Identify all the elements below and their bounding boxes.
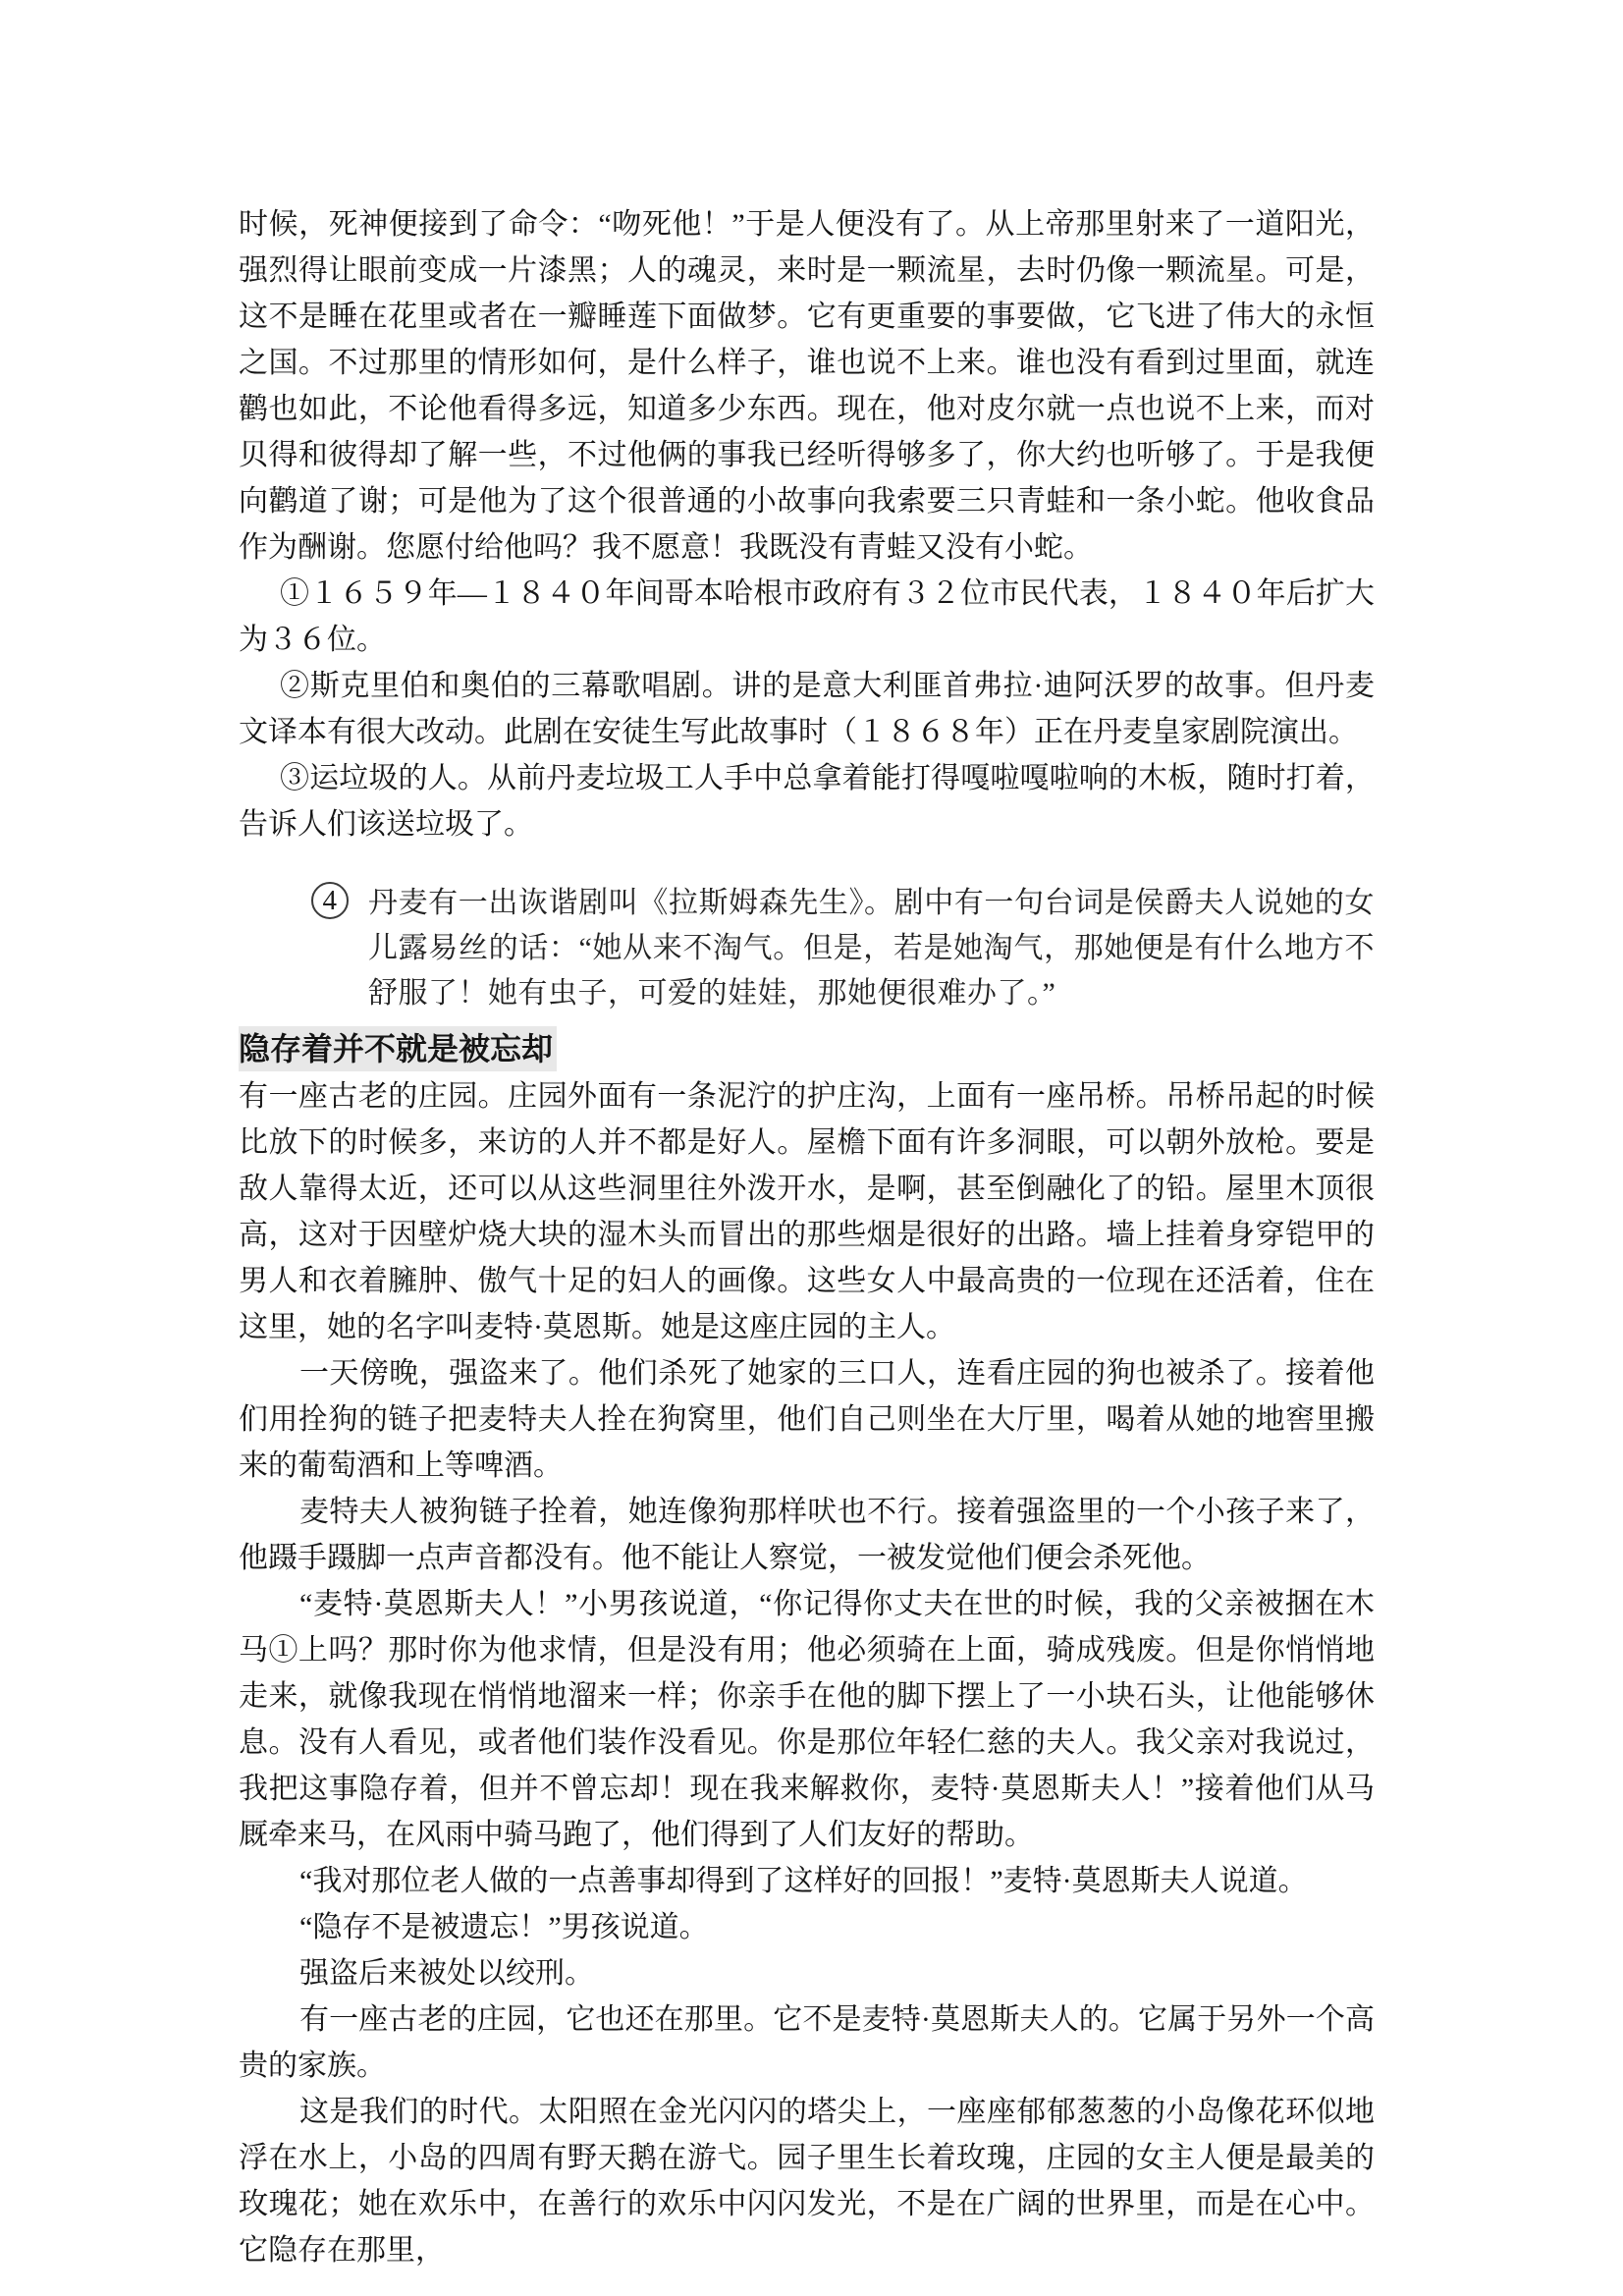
story-paragraph-3: 麦特夫人被狗链子拴着，她连像狗那样吠也不行。接着强盗里的一个小孩子来了，他蹑手蹑… xyxy=(239,1489,1375,1581)
section-heading-text: 隐存着并不就是被忘却 xyxy=(239,1026,557,1071)
story-paragraph-2: 一天傍晚，强盗来了。他们杀死了她家的三口人，连看庄园的狗也被杀了。接着他们用拴狗… xyxy=(239,1350,1375,1489)
intro-paragraph: 时候，死神便接到了命令：“吻死他！”于是人便没有了。从上帝那里射来了一道阳光，强… xyxy=(239,201,1375,571)
document-page: 时候，死神便接到了命令：“吻死他！”于是人便没有了。从上帝那里射来了一道阳光，强… xyxy=(0,0,1623,2296)
story-paragraph-4: “麦特·莫恩斯夫人！”小男孩说道，“你记得你丈夫在世的时候，我的父亲被捆在木马①… xyxy=(239,1581,1375,1858)
story-paragraph-6: “隐存不是被遗忘！”男孩说道。 xyxy=(239,1904,1375,1950)
footnote-1: ①１６５９年—１８４０年间哥本哈根市政府有３２位市民代表，１８４０年后扩大为３６… xyxy=(239,571,1375,663)
page-content: 时候，死神便接到了命令：“吻死他！”于是人便没有了。从上帝那里射来了一道阳光，强… xyxy=(239,201,1375,2273)
story-paragraph-5: “我对那位老人做的一点善事却得到了这样好的回报！”麦特·莫恩斯夫人说道。 xyxy=(239,1858,1375,1904)
footnote-3: ③运垃圾的人。从前丹麦垃圾工人手中总拿着能打得嘎啦嘎啦响的木板，随时打着，告诉人… xyxy=(239,755,1375,847)
footnote-4: 4 丹麦有一出诙谐剧叫《拉斯姆森先生》。剧中有一句台词是侯爵夫人说她的女儿露易丝… xyxy=(368,881,1375,1016)
footnote-4-text: 丹麦有一出诙谐剧叫《拉斯姆森先生》。剧中有一句台词是侯爵夫人说她的女儿露易丝的话… xyxy=(368,881,1375,1016)
section-heading: 隐存着并不就是被忘却 xyxy=(239,1026,1375,1071)
circled-4-marker: 4 xyxy=(311,882,349,919)
story-paragraph-1: 有一座古老的庄园。庄园外面有一条泥泞的护庄沟，上面有一座吊桥。吊桥吊起的时候比放… xyxy=(239,1073,1375,1350)
story-paragraph-9: 这是我们的时代。太阳照在金光闪闪的塔尖上，一座座郁郁葱葱的小岛像花环似地浮在水上… xyxy=(239,2089,1375,2273)
footnote-2: ②斯克里伯和奥伯的三幕歌唱剧。讲的是意大利匪首弗拉·迪阿沃罗的故事。但丹麦文译本… xyxy=(239,663,1375,755)
story-paragraph-8: 有一座古老的庄园，它也还在那里。它不是麦特·莫恩斯夫人的。它属于另外一个高贵的家… xyxy=(239,1996,1375,2089)
story-paragraph-7: 强盗后来被处以绞刑。 xyxy=(239,1950,1375,1996)
